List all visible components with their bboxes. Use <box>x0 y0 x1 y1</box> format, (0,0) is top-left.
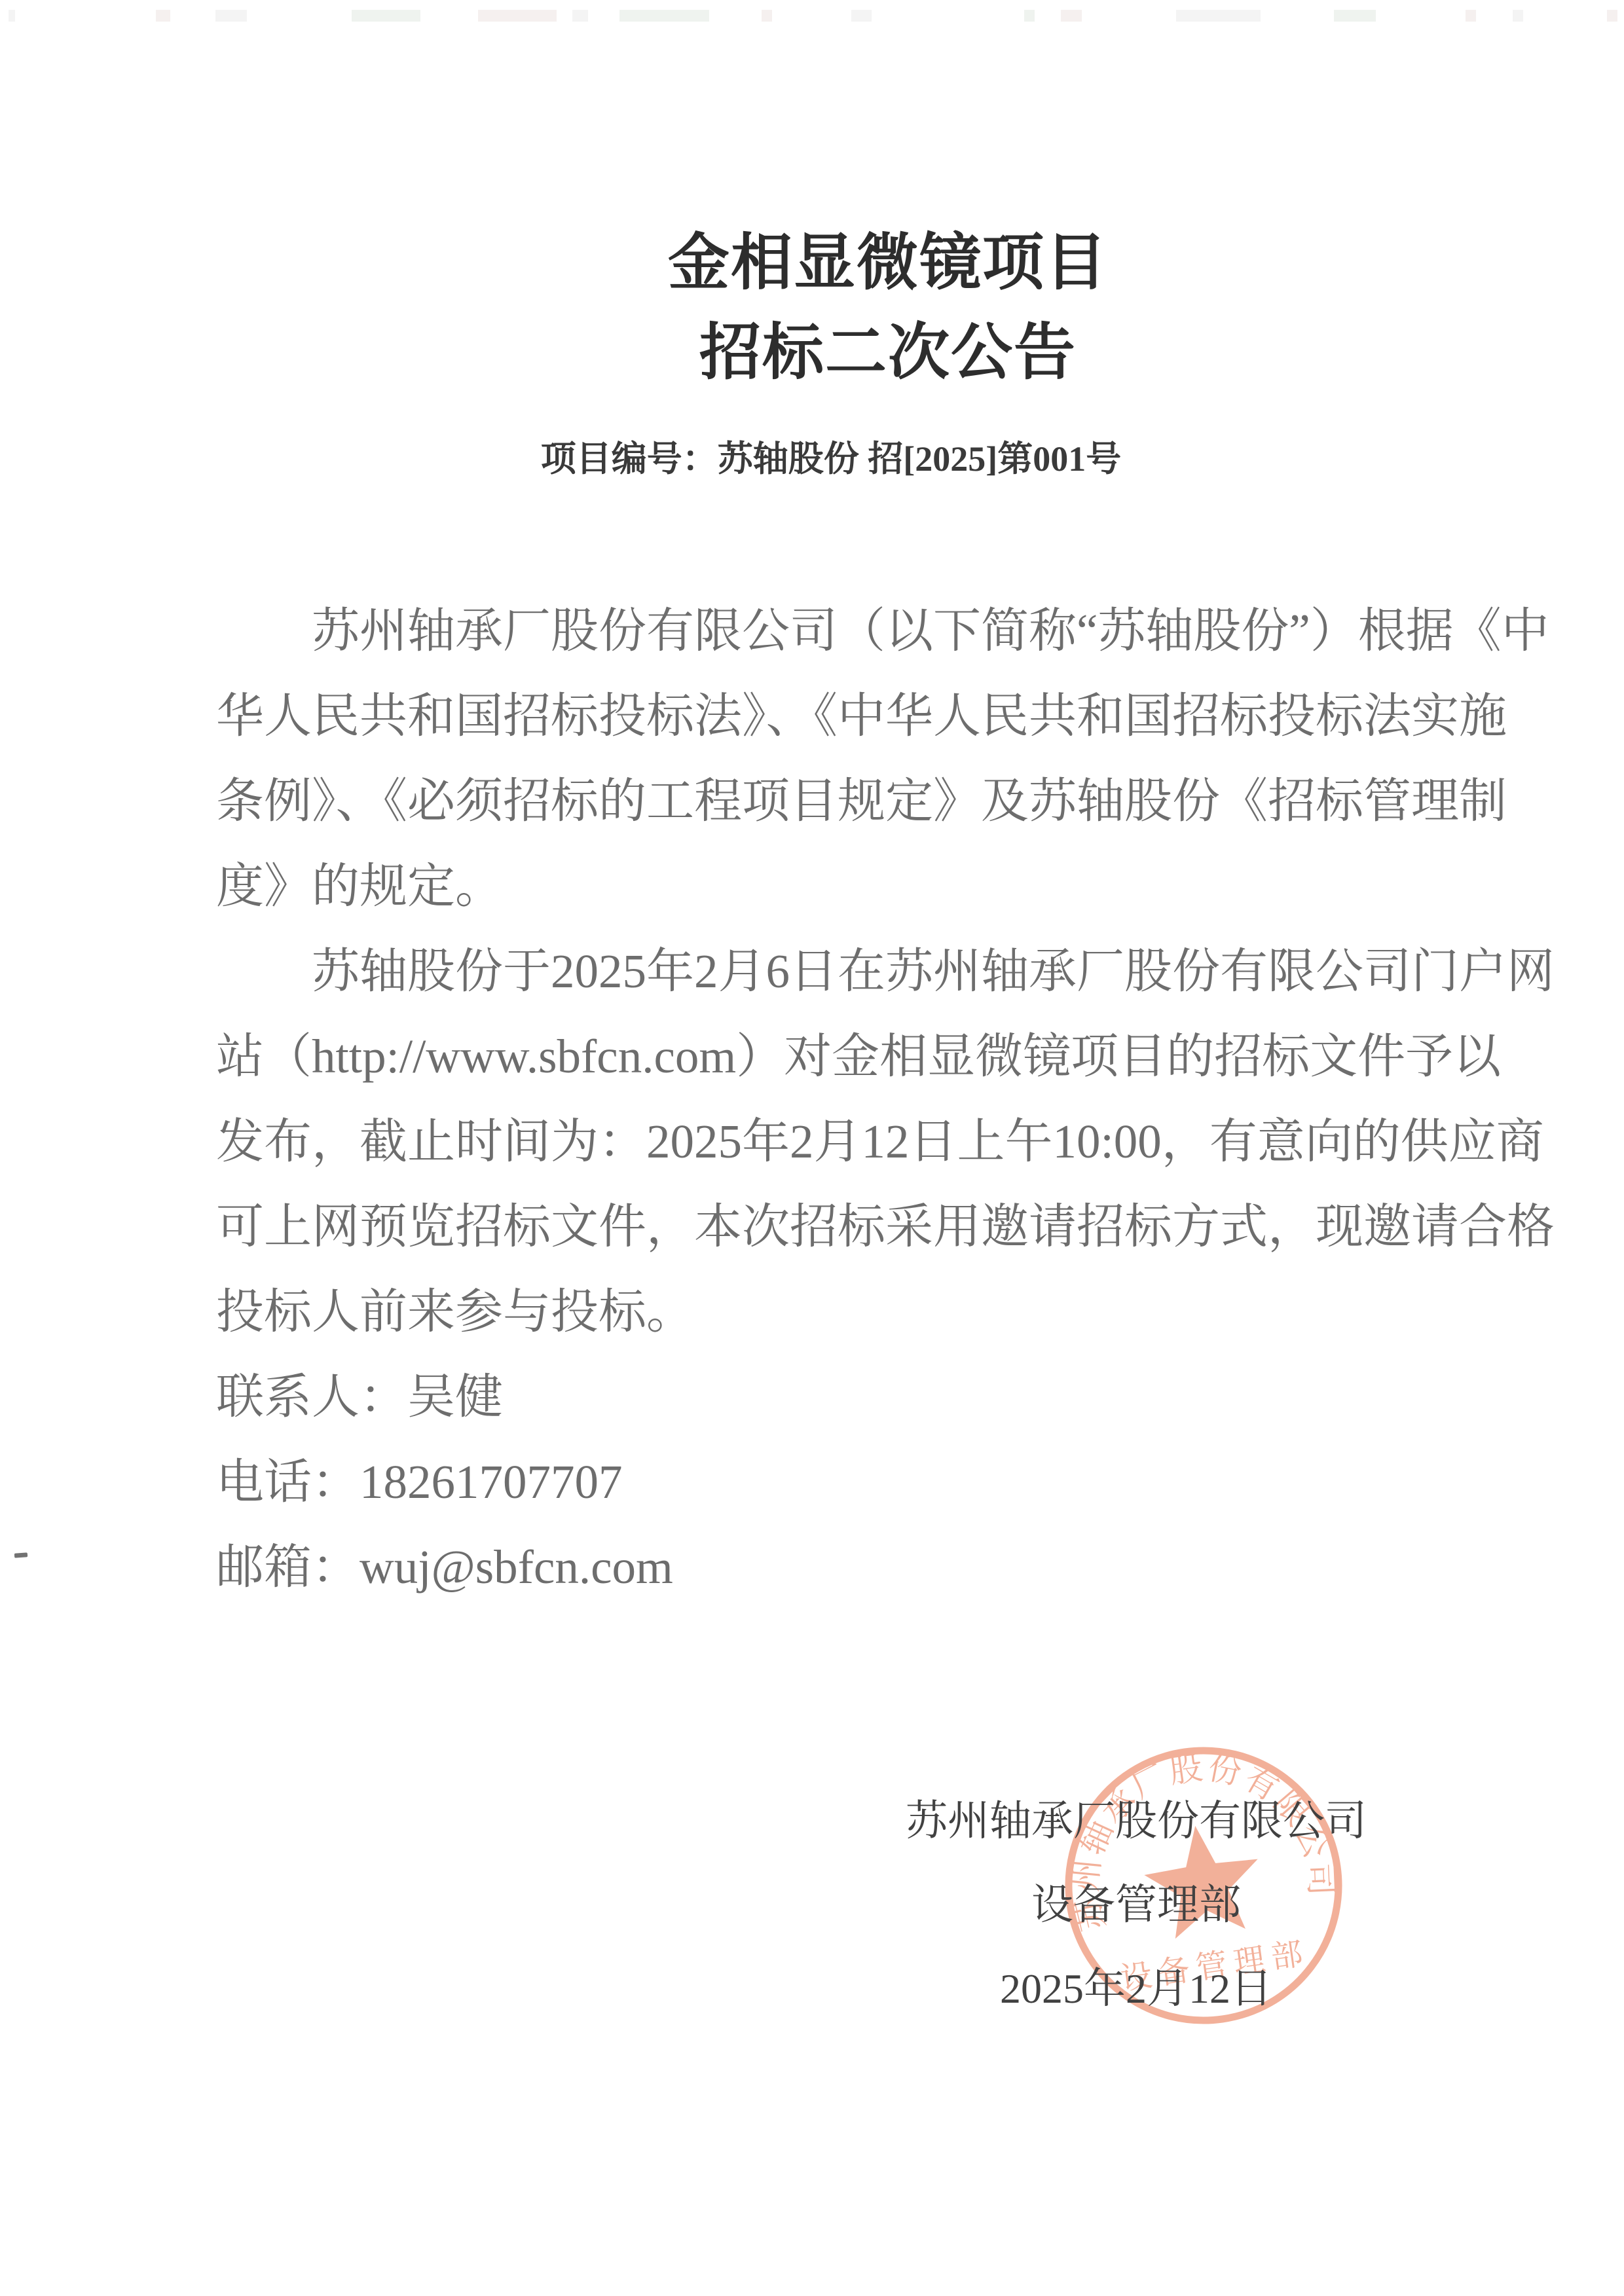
paragraph2-line: 站（http://www.sbfcn.com）对金相显微镜项目的招标文件予以 <box>216 1014 1431 1099</box>
contact-phone-line: 电话：18261707707 <box>216 1440 1431 1525</box>
scan-artifact <box>1334 10 1376 22</box>
paragraph2-line: 发布，截止时间为：2025年2月12日上午10:00，有意向的供应商 <box>216 1099 1431 1184</box>
contact-email-line: 邮箱：wuj@sbfcn.com <box>216 1525 1431 1610</box>
scan-artifact <box>851 10 872 22</box>
contact-person-line: 联系人：吴健 <box>216 1355 1431 1440</box>
paragraph2-line: 苏轴股份于2025年2月6日在苏州轴承厂股份有限公司门户网 <box>216 929 1431 1014</box>
body-text: 苏州轴承厂股份有限公司（以下简称“苏轴股份”）根据《中 华人民共和国招标投标法》… <box>216 589 1431 1610</box>
scan-artifact <box>1061 10 1082 22</box>
paragraph2-line: 投标人前来参与投标。 <box>216 1269 1431 1355</box>
paragraph1-line: 苏州轴承厂股份有限公司（以下简称“苏轴股份”）根据《中 <box>216 589 1431 674</box>
scan-artifact <box>1466 10 1476 22</box>
signature-company: 苏州轴承厂股份有限公司 <box>906 1779 1367 1863</box>
scan-artifact <box>1513 10 1523 22</box>
scan-artifact <box>215 10 247 22</box>
signature-date: 2025年2月12日 <box>906 1947 1367 2031</box>
scan-artifact <box>9 10 15 22</box>
paragraph1-line: 条例》、《必须招标的工程项目规定》及苏轴股份《招标管理制 <box>216 759 1431 844</box>
signature-department: 设备管理部 <box>906 1863 1367 1947</box>
project-number: 项目编号：苏轴股份 招[2025]第001号 <box>541 436 1121 482</box>
scan-speck <box>14 1552 28 1558</box>
scan-artifact <box>1024 10 1035 22</box>
paragraph2-line: 可上网预览招标文件，本次招标采用邀请招标方式，现邀请合格 <box>216 1184 1431 1269</box>
signature-block: 苏州轴承厂股份有限公司 设备管理部 2025年2月12日 <box>906 1779 1367 2031</box>
scan-artifact <box>156 10 170 22</box>
scan-artifact <box>478 10 557 22</box>
document-title: 金相显微镜项目 招标二次公告 <box>668 219 1108 398</box>
scan-artifact <box>352 10 420 22</box>
scan-artifact <box>1607 10 1617 22</box>
scan-artifact <box>1176 10 1261 22</box>
paragraph1-line: 华人民共和国招标投标法》、《中华人民共和国招标投标法实施 <box>216 674 1431 759</box>
scan-artifact <box>762 10 772 22</box>
document-page: 金相显微镜项目 招标二次公告 项目编号：苏轴股份 招[2025]第001号 苏州… <box>0 0 1624 2296</box>
scan-artifact <box>572 10 588 22</box>
paragraph1-line: 度》的规定。 <box>216 844 1431 929</box>
title-line-2: 招标二次公告 <box>668 308 1108 398</box>
title-line-1: 金相显微镜项目 <box>668 219 1108 308</box>
scan-artifact <box>619 10 709 22</box>
